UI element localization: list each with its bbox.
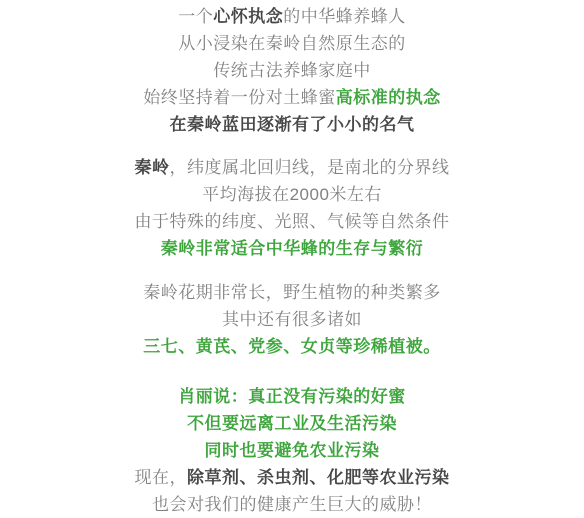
article-page: { "page": { "background": "#ffffff" }, "… <box>0 0 584 518</box>
text-line: 秦岭，纬度属北回归线，是南北的分界线 <box>0 154 584 181</box>
text-segment: 始终坚持着一份对土蜂蜜 <box>143 88 336 107</box>
text-line: 肖丽说：真正没有污染的好蜜 <box>0 383 584 410</box>
text-segment: 从小浸染在秦岭自然原生态的 <box>178 34 406 53</box>
text-line: 三七、黄芪、党参、女贞等珍稀植被。 <box>0 333 584 360</box>
text-line: 同时也要避免农业污染 <box>0 437 584 464</box>
text-segment-emphasis: 在秦岭蓝田逐渐有了小小的名气 <box>170 115 415 134</box>
article-body: 一个心怀执念的中华蜂养蜂人 从小浸染在秦岭自然原生态的 传统古法养蜂家庭中 始终… <box>0 0 584 518</box>
text-line: 不但要远离工业及生活污染 <box>0 410 584 437</box>
text-segment-highlight: 高标准的执念 <box>336 88 441 107</box>
text-segment-emphasis: 心怀执念 <box>213 7 283 26</box>
text-line: 平均海拔在2000米左右 <box>0 181 584 208</box>
text-line: 也会对我们的健康产生巨大的威胁！ <box>0 491 584 518</box>
text-segment-highlight: 三七、黄芪、党参、女贞等珍稀植被。 <box>143 337 441 356</box>
text-segment: 传统古法养蜂家庭中 <box>213 61 371 80</box>
text-line: 由于特殊的纬度、光照、气候等自然条件 <box>0 208 584 235</box>
text-line: 从小浸染在秦岭自然原生态的 <box>0 30 584 57</box>
text-segment: ，纬度属北回归线，是南北的分界线 <box>170 158 450 177</box>
text-segment: 也会对我们的健康产生巨大的威胁！ <box>152 495 432 514</box>
text-segment: 秦岭花期非常长，野生植物的种类繁多 <box>143 283 441 302</box>
text-segment-highlight: 秦岭非常适合中华蜂的生存与繁衍 <box>161 239 424 258</box>
text-line: 在秦岭蓝田逐渐有了小小的名气 <box>0 111 584 138</box>
paragraph-geography: 秦岭，纬度属北回归线，是南北的分界线 平均海拔在2000米左右 由于特殊的纬度、… <box>0 154 584 262</box>
text-line: 其中还有很多诸如 <box>0 306 584 333</box>
text-segment-highlight: 不但要远离工业及生活污染 <box>187 414 397 433</box>
text-segment: 其中还有很多诸如 <box>222 310 362 329</box>
text-segment: 由于特殊的纬度、光照、气候等自然条件 <box>135 212 450 231</box>
text-line: 秦岭非常适合中华蜂的生存与繁衍 <box>0 235 584 262</box>
text-segment-emphasis: 除草剂、杀虫剂、化肥等农业污染 <box>187 468 450 487</box>
text-line: 传统古法养蜂家庭中 <box>0 57 584 84</box>
text-segment-highlight: 同时也要避免农业污染 <box>205 441 380 460</box>
text-segment: 的中华蜂养蜂人 <box>283 7 406 26</box>
text-line: 现在，除草剂、杀虫剂、化肥等农业污染 <box>0 464 584 491</box>
paragraph-intro: 一个心怀执念的中华蜂养蜂人 从小浸染在秦岭自然原生态的 传统古法养蜂家庭中 始终… <box>0 3 584 138</box>
text-segment: 现在， <box>135 468 188 487</box>
text-segment: 平均海拔在2000米左右 <box>202 185 382 204</box>
text-line: 秦岭花期非常长，野生植物的种类繁多 <box>0 279 584 306</box>
text-segment-emphasis: 秦岭 <box>135 158 170 177</box>
text-segment: 一个 <box>178 7 213 26</box>
text-line: 一个心怀执念的中华蜂养蜂人 <box>0 3 584 30</box>
text-segment-highlight: 肖丽说：真正没有污染的好蜜 <box>178 387 406 406</box>
paragraph-flora: 秦岭花期非常长，野生植物的种类繁多 其中还有很多诸如 三七、黄芪、党参、女贞等珍… <box>0 279 584 360</box>
paragraph-pollution: 肖丽说：真正没有污染的好蜜 不但要远离工业及生活污染 同时也要避免农业污染 现在… <box>0 383 584 518</box>
text-line: 始终坚持着一份对土蜂蜜高标准的执念 <box>0 84 584 111</box>
